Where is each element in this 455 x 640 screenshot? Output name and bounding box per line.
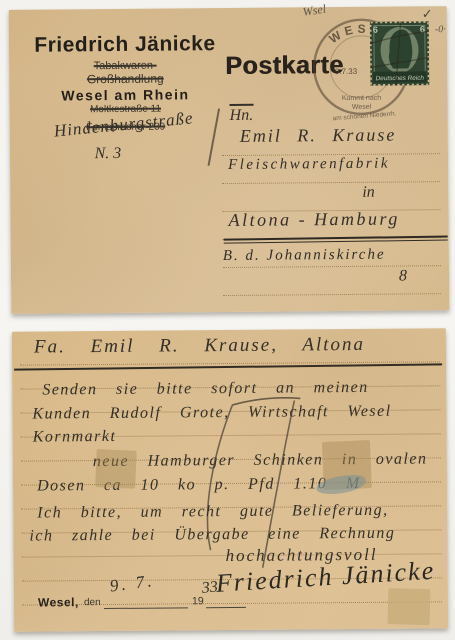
address-house-no: 8 xyxy=(399,267,407,285)
address-ruleline xyxy=(223,265,441,268)
postmark-slogan-1: Kommt nach xyxy=(342,95,381,102)
address-name: Emil R. Krause xyxy=(240,125,397,147)
message-line: Kornmarkt xyxy=(33,428,117,447)
postcard-message-side: Fa. Emil R. Krause, Altona Senden sie bi… xyxy=(12,328,448,631)
postmark-date: -9.7.33 xyxy=(332,67,358,76)
postmark-slogan-3: am schönen Niederrh. xyxy=(332,110,396,122)
stamp-country-label: Deutsches Reich xyxy=(376,75,425,82)
scanned-postcard-photo: Friedrich Jänicke Tabakwaren- Großhandlu… xyxy=(0,0,455,640)
address-underline-2 xyxy=(224,240,448,245)
address-preposition: in xyxy=(362,184,375,202)
footer-yearline xyxy=(206,607,246,608)
sender-number-handwritten: N. 3 xyxy=(68,145,148,164)
footer-den: den xyxy=(84,597,101,608)
postage-stamp: 6 6 Deutsches Reich xyxy=(370,21,430,86)
sender-name: Friedrich Jänicke xyxy=(23,32,227,58)
address-ruleline xyxy=(223,293,441,296)
address-company: Fleischwarenfabrik xyxy=(228,156,390,174)
stamp-value-left: 6 xyxy=(373,25,378,35)
tape-stain xyxy=(95,449,137,489)
address-salutation: Hn. xyxy=(230,104,254,125)
footer-place: Wesel, xyxy=(38,595,79,609)
postmark-slogan-2: Wesel xyxy=(352,104,372,111)
footer-year-handwritten: 33 xyxy=(201,578,219,597)
address-city: Altona - Hamburg xyxy=(228,209,400,231)
tape-residue-square xyxy=(388,588,431,625)
address-street: B. d. Johanniskirche xyxy=(223,247,386,265)
sender-city: Wesel am Rhein xyxy=(23,86,227,104)
footer-dateline xyxy=(104,607,188,609)
postcard-front: Friedrich Jänicke Tabakwaren- Großhandlu… xyxy=(9,6,450,314)
address-ruleline xyxy=(222,181,440,184)
sender-business-struck-2: Großhandlung xyxy=(23,71,227,87)
message-headline: Fa. Emil R. Krause, Altona xyxy=(34,334,365,359)
footer-date-handwritten: 9. 7. xyxy=(109,571,156,597)
large-pencil-checkmark xyxy=(182,389,329,585)
